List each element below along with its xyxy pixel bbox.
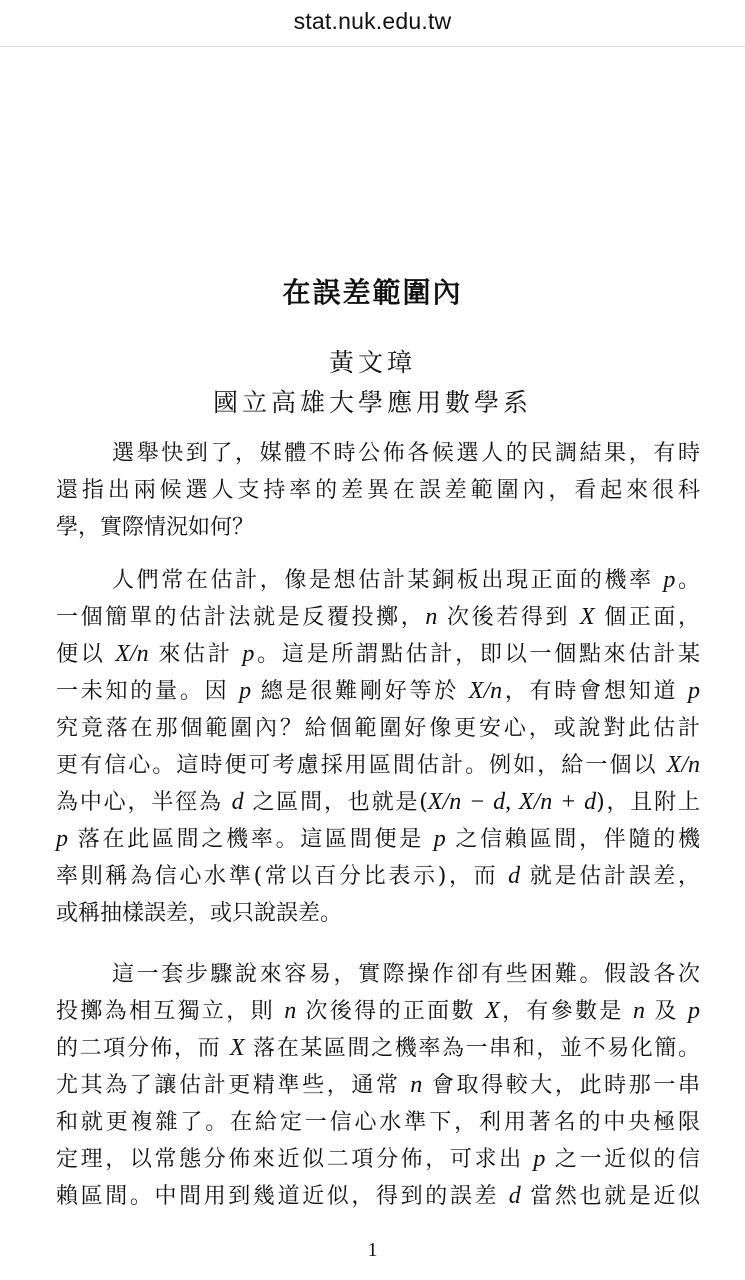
text-line: 的二項分佈，而 X 落在某區間之機率為一串和，並不易化簡。 xyxy=(56,1030,700,1067)
text-segment: 。這是所謂點估計，即以一個點來估計某 xyxy=(254,642,700,667)
text-segment: 便以 xyxy=(56,642,115,667)
text-segment: 及 xyxy=(645,999,688,1024)
text-line: 便以 X/n 來估計 p。這是所謂點估計，即以一個點來估計某 xyxy=(56,636,700,673)
text-segment: 選舉快到了，媒體不時公佈各候選人的民調結果，有時 xyxy=(112,441,700,466)
math-symbol: d xyxy=(508,863,520,889)
text-line: 這一套步驟說來容易，實際操作卻有些困難。假設各次 xyxy=(56,956,700,993)
text-segment: ，有時會想知道 xyxy=(502,679,688,704)
text-line: 賴區間。中間用到幾道近似，得到的誤差 d 當然也就是近似 xyxy=(56,1178,700,1215)
text-line: 尤其為了讓估計更精準些，通常 n 會取得較大，此時那一串 xyxy=(56,1067,700,1104)
url-text[interactable]: stat.nuk.edu.tw xyxy=(294,8,452,35)
text-segment: )，且附上 xyxy=(596,790,700,815)
text-segment: 為中心，半徑為 xyxy=(56,790,232,815)
text-segment: 尤其為了讓估計更精準些，通常 xyxy=(56,1073,410,1098)
text-line: 和就更複雜了。在給定一信心水準下，利用著名的中央極限 xyxy=(56,1104,700,1141)
text-segment: 賴區間。中間用到幾道近似，得到的誤差 xyxy=(56,1184,509,1209)
text-line: 率則稱為信心水準(常以百分比表示)，而 d 就是估計誤差， xyxy=(56,858,700,895)
text-segment: 學，實際情況如何？ xyxy=(56,515,254,540)
page-number: 1 xyxy=(0,1239,745,1262)
math-symbol: p xyxy=(663,567,675,593)
math-symbol: p xyxy=(434,826,446,852)
math-symbol: n xyxy=(633,998,645,1024)
text-segment: 更有信心。這時便可考慮採用區間估計。例如，給一個以 xyxy=(56,753,667,778)
document-title: 在誤差範圍內 xyxy=(0,271,745,311)
math-symbol: n xyxy=(425,604,437,630)
text-segment: 率則稱為信心水準(常以百分比表示)，而 xyxy=(56,864,508,889)
text-segment: 定理，以常態分佈來近似二項分佈，可求出 xyxy=(56,1147,533,1172)
math-symbol: X/n xyxy=(469,678,502,704)
paragraph-1: 選舉快到了，媒體不時公佈各候選人的民調結果，有時還指出兩候選人支持率的差異在誤差… xyxy=(56,435,700,546)
text-line: p 落在此區間之機率。這區間便是 p 之信賴區間，伴隨的機 xyxy=(56,821,700,858)
text-segment: 一個簡單的估計法就是反覆投擲， xyxy=(56,605,425,630)
math-symbol: X xyxy=(485,998,500,1024)
author-affiliation: 國立高雄大學應用數學系 xyxy=(0,383,745,419)
browser-address-bar[interactable]: stat.nuk.edu.tw xyxy=(0,0,745,47)
paragraph-3: 這一套步驟說來容易，實際操作卻有些困難。假設各次投擲為相互獨立，則 n 次後得的… xyxy=(56,956,700,1215)
text-segment: 會取得較大，此時那一串 xyxy=(422,1073,700,1098)
pdf-page: 在誤差範圍內 黃文璋 國立高雄大學應用數學系 選舉快到了，媒體不時公佈各候選人的… xyxy=(0,47,745,1280)
text-line: 人們常在估計，像是想估計某銅板出現正面的機率 p。 xyxy=(56,562,700,599)
text-line: 還指出兩候選人支持率的差異在誤差範圍內，看起來很科 xyxy=(56,472,700,509)
text-segment: 次後得的正面數 xyxy=(296,999,485,1024)
math-symbol: X xyxy=(230,1035,245,1061)
text-line: 定理，以常態分佈來近似二項分佈，可求出 p 之一近似的信 xyxy=(56,1141,700,1178)
text-line: 究竟落在那個範圍內？給個範圍好像更安心，或說對此估計 xyxy=(56,710,700,747)
math-symbol: p xyxy=(239,678,251,704)
text-segment: 或稱抽樣誤差，或只說誤差。 xyxy=(56,901,342,926)
text-segment: 落在某區間之機率為一串和，並不易化簡。 xyxy=(245,1036,701,1061)
text-segment: 究竟落在那個範圍內？給個範圍好像更安心，或說對此估計 xyxy=(56,716,700,741)
text-segment: 就是估計誤差， xyxy=(520,864,700,889)
text-segment: 的二項分佈，而 xyxy=(56,1036,230,1061)
text-segment: 和就更複雜了。在給定一信心水準下，利用著名的中央極限 xyxy=(56,1110,700,1135)
math-symbol: p xyxy=(56,826,68,852)
text-line: 或稱抽樣誤差，或只說誤差。 xyxy=(56,895,700,932)
text-segment: ，有參數是 xyxy=(500,999,633,1024)
math-symbol: n xyxy=(284,998,296,1024)
text-segment: 一未知的量。因 xyxy=(56,679,239,704)
math-symbol: d xyxy=(232,789,244,815)
text-line: 為中心，半徑為 d 之區間，也就是(X/n − d, X/n + d)，且附上 xyxy=(56,784,700,821)
math-symbol: X/n xyxy=(115,641,148,667)
math-symbol: p xyxy=(533,1146,545,1172)
text-segment: 個正面， xyxy=(594,605,700,630)
math-symbol: p xyxy=(688,678,700,704)
math-symbol: X/n xyxy=(667,752,700,778)
text-line: 更有信心。這時便可考慮採用區間估計。例如，給一個以 X/n xyxy=(56,747,700,784)
text-line: 一個簡單的估計法就是反覆投擲，n 次後若得到 X 個正面， xyxy=(56,599,700,636)
author-name: 黃文璋 xyxy=(0,343,745,379)
text-segment: 來估計 xyxy=(149,642,243,667)
text-segment: 。 xyxy=(675,568,700,593)
text-line: 學，實際情況如何？ xyxy=(56,509,700,546)
text-segment: 當然也就是近似 xyxy=(521,1184,700,1209)
text-segment: 人們常在估計，像是想估計某銅板出現正面的機率 xyxy=(112,568,663,593)
text-segment: 落在此區間之機率。這區間便是 xyxy=(68,827,434,852)
text-segment: 之一近似的信 xyxy=(545,1147,700,1172)
math-symbol: n xyxy=(410,1072,422,1098)
paragraph-2: 人們常在估計，像是想估計某銅板出現正面的機率 p。一個簡單的估計法就是反覆投擲，… xyxy=(56,562,700,932)
text-line: 一未知的量。因 p 總是很難剛好等於 X/n，有時會想知道 p xyxy=(56,673,700,710)
text-segment: 次後若得到 xyxy=(437,605,579,630)
text-segment: 這一套步驟說來容易，實際操作卻有些困難。假設各次 xyxy=(112,962,700,987)
text-segment: 之區間，也就是( xyxy=(244,790,428,815)
text-line: 投擲為相互獨立，則 n 次後得的正面數 X，有參數是 n 及 p xyxy=(56,993,700,1030)
text-line: 選舉快到了，媒體不時公佈各候選人的民調結果，有時 xyxy=(56,435,700,472)
math-symbol: p xyxy=(688,998,700,1024)
math-symbol: X xyxy=(580,604,595,630)
text-segment: 還指出兩候選人支持率的差異在誤差範圍內，看起來很科 xyxy=(56,478,700,503)
text-segment: 總是很難剛好等於 xyxy=(251,679,469,704)
math-symbol: p xyxy=(242,641,254,667)
text-segment: 之信賴區間，伴隨的機 xyxy=(446,827,700,852)
math-symbol: d xyxy=(509,1183,521,1209)
text-segment: 投擲為相互獨立，則 xyxy=(56,999,284,1024)
math-symbol: X/n − d, X/n + d xyxy=(428,789,596,815)
